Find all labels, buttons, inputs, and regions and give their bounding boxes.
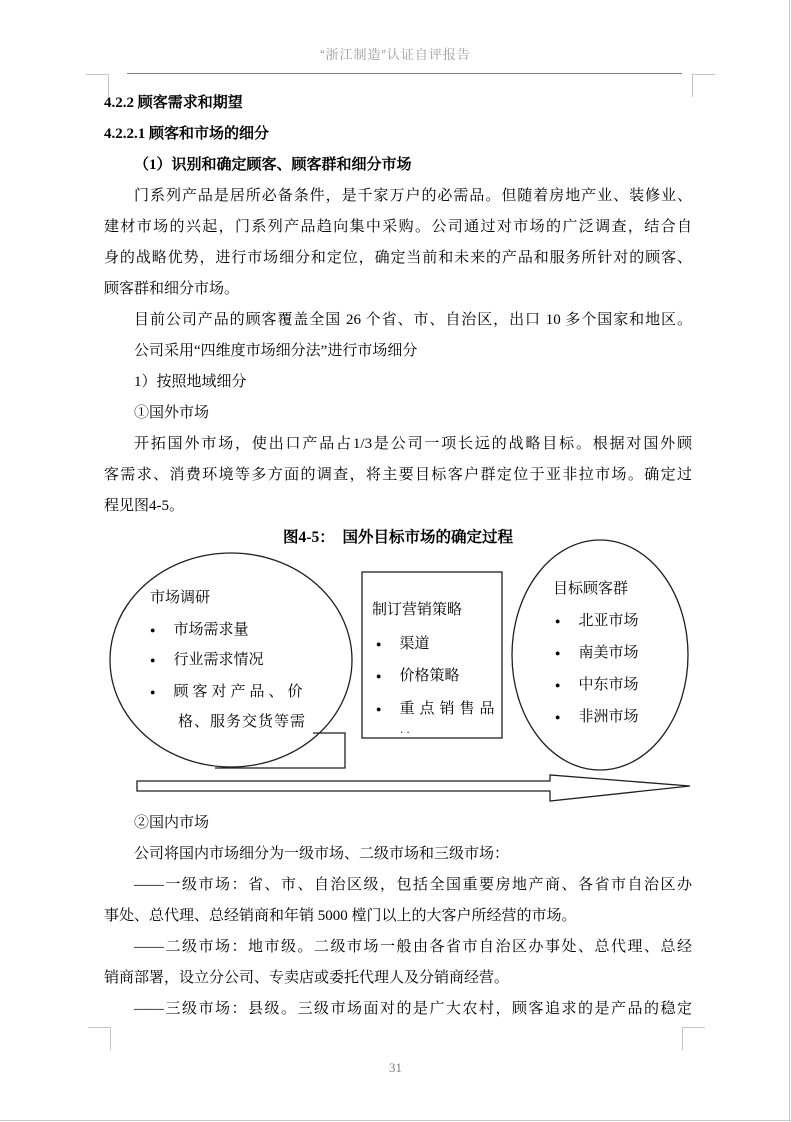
heading-4-2-2: 4.2.2 顾客需求和期望 — [104, 88, 692, 119]
bullet-icon: ● — [376, 699, 381, 719]
bullet-item: ● 北亚市场 — [555, 611, 638, 631]
text-line: 目前公司产品的顾客覆盖全国 26 个省、市、自治区，出口 10 多个国家和地区。 — [104, 305, 692, 336]
text-line: 公司将国内市场细分为一级市场、二级市场和三级市场： — [104, 839, 692, 870]
text-boundary-mark-bottom-left — [88, 1027, 111, 1050]
text-boundary-mark-top-right — [692, 74, 715, 97]
sub-item-foreign: ①国外市场 — [104, 398, 692, 429]
clipped-text-dots: .. — [400, 719, 413, 739]
document-page: “浙江制造”认证自评报告 4.2.2 顾客需求和期望 4.2.2.1 顾客和市场… — [0, 0, 791, 1122]
bullet-item: ● 非洲市场 — [555, 707, 638, 727]
text-boundary-mark-bottom-right — [682, 1027, 705, 1050]
heading-item-1: （1）识别和确定顾客、顾客群和细分市场 — [104, 150, 692, 181]
bubble-right-heading: 目标顾客群 — [553, 579, 628, 599]
text-line: ——一级市场：省、市、自治区级，包括全国重要房地产商、各省市自治区办 — [104, 870, 692, 901]
bullet-item: ● 顾客对产品、价 — [150, 682, 306, 702]
bullet-item: ● 中东市场 — [555, 675, 638, 695]
page-number: 31 — [0, 1060, 791, 1076]
page-edge-bottom — [0, 1120, 791, 1121]
bullet-item: ● 市场需求量 — [150, 620, 248, 640]
text-line: 客需求、消费环境等多方面的调查，将主要目标客户群定位于亚非拉市场。确定过 — [104, 460, 692, 491]
text-line: ——二级市场：地市级。二级市场一般由各省市自治区办事处、总代理、总经 — [104, 932, 692, 963]
bullet-icon: ● — [150, 620, 155, 640]
bullet-item: ● 南美市场 — [555, 643, 638, 663]
text-line: 销商部署，设立分公司、专卖店或委托代理人及分销商经营。 — [104, 963, 692, 994]
bullet-item: ● 渠道 — [376, 634, 429, 654]
text-line: 开拓国外市场，使出口产品占1/3是公司一项长远的战略目标。根据对国外顾 — [104, 429, 692, 460]
bullet-icon: ● — [555, 707, 560, 727]
text-line: 程见图4-5。 — [104, 491, 692, 522]
text-line: 门系列产品是居所必备条件，是千家万户的必需品。但随着房地产业、装修业、 — [104, 181, 692, 212]
bullet-icon: ● — [376, 634, 381, 654]
text-line: 建材市场的兴起，门系列产品趋向集中采购。公司通过对市场的广泛调查，结合自 — [104, 212, 692, 243]
process-arrow — [137, 775, 690, 801]
figure-4-5: 市场调研 ● 市场需求量 ● 行业需求情况 ● 顾客对产品、价 格、服务交货等需… — [104, 553, 692, 808]
text-line: ——三级市场：县级。三级市场面对的是广大农村，顾客追求的是产品的稳定 — [104, 994, 692, 1025]
text-line: 顾客群和细分市场。 — [104, 274, 692, 305]
page-edge-right — [789, 0, 790, 1122]
box-middle-heading: 制订营销策略 — [372, 600, 462, 620]
bullet-item: ● 价格策略 — [376, 666, 459, 686]
text-line: 事处、总代理、总经销商和年销 5000 樘门以上的大客户所经营的市场。 — [104, 901, 692, 932]
header-rule — [127, 73, 682, 74]
bullet-icon: ● — [555, 611, 560, 631]
text-line: 公司采用“四维度市场细分法”进行市场细分 — [104, 336, 692, 367]
bullet-item-wrap: 格、服务交货等需 — [178, 712, 306, 732]
bullet-icon: ● — [150, 682, 155, 702]
list-item-1: 1）按照地域细分 — [104, 367, 692, 398]
sub-item-domestic: ②国内市场 — [104, 808, 692, 839]
heading-4-2-2-1: 4.2.2.1 顾客和市场的细分 — [104, 119, 692, 150]
bullet-icon: ● — [376, 666, 381, 686]
bullet-item: ● 行业需求情况 — [150, 650, 263, 670]
bullet-item: ● 重点销售品 — [376, 699, 499, 719]
bubble-left-heading: 市场调研 — [150, 588, 210, 608]
page-header-title: “浙江制造”认证自评报告 — [0, 44, 791, 63]
text-column: 4.2.2 顾客需求和期望 4.2.2.1 顾客和市场的细分 （1）识别和确定顾… — [104, 88, 692, 1025]
bullet-icon: ● — [555, 675, 560, 695]
bullet-icon: ● — [150, 650, 155, 670]
bullet-icon: ● — [555, 643, 560, 663]
text-line: 身的战略优势，进行市场细分和定位，确定当前和未来的产品和服务所针对的顾客、 — [104, 243, 692, 274]
